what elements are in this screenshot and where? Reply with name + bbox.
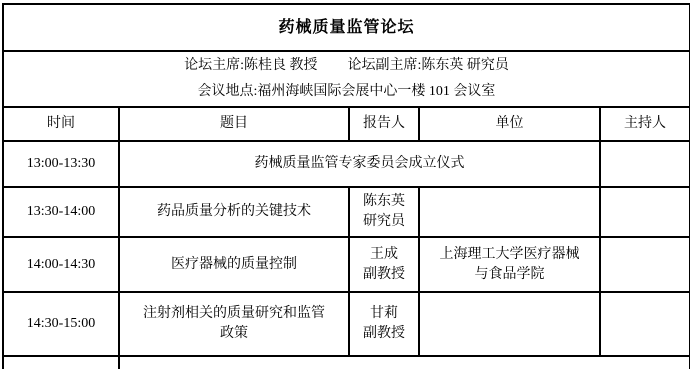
header-row: 时间 题目 报告人 单位 主持人 bbox=[3, 107, 690, 141]
col-header-time: 时间 bbox=[3, 107, 119, 141]
host-cell bbox=[600, 141, 690, 187]
table-row: 13:00-13:30 药械质量监管专家委员会成立仪式 bbox=[3, 141, 690, 187]
host-cell bbox=[600, 187, 690, 237]
time-cell: 14:30-15:00 bbox=[3, 292, 119, 356]
topic-cell: 医疗器械的质量控制 bbox=[119, 237, 349, 292]
col-header-topic: 题目 bbox=[119, 107, 349, 141]
forum-chairs-line: 论坛主席:陈桂良 教授论坛副主席:陈东英 研究员 bbox=[8, 53, 685, 79]
col-header-unit: 单位 bbox=[419, 107, 600, 141]
conference-program-table: 药械质量监管论坛 论坛主席:陈桂良 教授论坛副主席:陈东英 研究员 会议地点:福… bbox=[2, 3, 690, 369]
speaker-name: 王成 bbox=[354, 245, 414, 265]
table-row: 14:00-14:30 医疗器械的质量控制 王成副教授 上海理工大学医疗器械与食… bbox=[3, 237, 690, 292]
forum-title: 药械质量监管论坛 bbox=[3, 4, 690, 51]
forum-info-cell: 论坛主席:陈桂良 教授论坛副主席:陈东英 研究员 会议地点:福州海峡国际会展中心… bbox=[3, 51, 690, 107]
speaker-name: 甘莉 bbox=[354, 304, 414, 324]
topic-line: 药品质量分析的关键技术 bbox=[124, 202, 344, 222]
time-cell: 13:00-13:30 bbox=[3, 141, 119, 187]
unit-cell bbox=[419, 292, 600, 356]
topic-line: 医疗器械的质量控制 bbox=[124, 255, 344, 275]
speaker-title: 副教授 bbox=[354, 324, 414, 344]
unit-cell: 上海理工大学医疗器械与食品学院 bbox=[419, 237, 600, 292]
event-cell: 药械质量监管专家委员会成立仪式 bbox=[119, 141, 600, 187]
topic-cell: 药品质量分析的关键技术 bbox=[119, 187, 349, 237]
speaker-title: 副教授 bbox=[354, 265, 414, 285]
forum-chair: 论坛主席:陈桂良 教授 bbox=[184, 53, 317, 79]
table-row-partial bbox=[3, 356, 690, 369]
speaker-cell: 甘莉副教授 bbox=[349, 292, 419, 356]
time-cell: 14:00-14:30 bbox=[3, 237, 119, 292]
title-row: 药械质量监管论坛 bbox=[3, 4, 690, 51]
program-table: 药械质量监管论坛 论坛主席:陈桂良 教授论坛副主席:陈东英 研究员 会议地点:福… bbox=[2, 3, 690, 369]
speaker-name: 陈东英 bbox=[354, 192, 414, 212]
time-cell bbox=[3, 356, 119, 369]
col-header-host: 主持人 bbox=[600, 107, 690, 141]
info-row: 论坛主席:陈桂良 教授论坛副主席:陈东英 研究员 会议地点:福州海峡国际会展中心… bbox=[3, 51, 690, 107]
unit-cell bbox=[419, 187, 600, 237]
forum-vice-chair: 论坛副主席:陈东英 研究员 bbox=[348, 58, 509, 73]
table-row: 13:30-14:00 药品质量分析的关键技术 陈东英研究员 bbox=[3, 187, 690, 237]
speaker-cell: 陈东英研究员 bbox=[349, 187, 419, 237]
unit-line: 上海理工大学医疗器械 bbox=[424, 245, 595, 265]
speaker-cell: 王成副教授 bbox=[349, 237, 419, 292]
col-header-speaker: 报告人 bbox=[349, 107, 419, 141]
forum-location: 会议地点:福州海峡国际会展中心一楼 101 会议室 bbox=[8, 79, 685, 105]
topic-line: 政策 bbox=[124, 324, 344, 344]
speaker-title: 研究员 bbox=[354, 212, 414, 232]
unit-line: 与食品学院 bbox=[424, 265, 595, 285]
time-cell: 13:30-14:00 bbox=[3, 187, 119, 237]
table-row: 14:30-15:00 注射剂相关的质量研究和监管政策 甘莉副教授 bbox=[3, 292, 690, 356]
topic-cell: 注射剂相关的质量研究和监管政策 bbox=[119, 292, 349, 356]
event-cell bbox=[119, 356, 690, 369]
topic-line: 注射剂相关的质量研究和监管 bbox=[124, 304, 344, 324]
host-cell bbox=[600, 292, 690, 356]
host-cell bbox=[600, 237, 690, 292]
